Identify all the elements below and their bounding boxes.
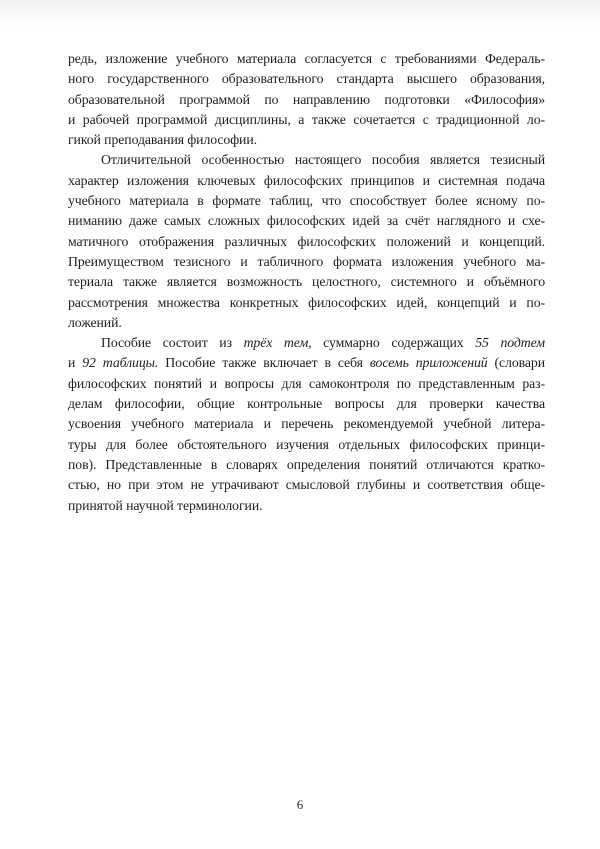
- text-segment: Отличительной особенностью настоящего по…: [101, 152, 545, 167]
- text-segment: характер изложения ключевых философских …: [68, 173, 545, 188]
- text-line: матичного отображения различных философс…: [68, 232, 545, 252]
- text-line: рассмотрения множества конкретных филосо…: [68, 293, 545, 313]
- italic-text-segment: 92 таблицы.: [82, 355, 158, 370]
- text-segment: стью, но при этом не утрачивают смыслово…: [68, 477, 545, 492]
- text-line: гикой преподавания философии.: [68, 130, 545, 150]
- italic-text-segment: восемь приложений: [370, 355, 488, 370]
- text-line: стью, но при этом не утрачивают смыслово…: [68, 475, 545, 495]
- text-line: редь, изложение учебного материала согла…: [68, 49, 545, 69]
- text-segment: усвоения учебного материала и перечень р…: [68, 416, 545, 431]
- italic-text-segment: 55 подтем: [475, 335, 545, 350]
- text-line: ниманию даже самых сложных философских и…: [68, 211, 545, 231]
- text-segment: ного государственного образовательного с…: [68, 71, 545, 86]
- italic-text-segment: трёх тем,: [244, 335, 312, 350]
- text-line: ного государственного образовательного с…: [68, 69, 545, 89]
- text-line: характер изложения ключевых философских …: [68, 171, 545, 191]
- text-segment: философских понятий и вопросы для самоко…: [68, 376, 545, 391]
- text-line: образовательной программой по направлени…: [68, 90, 545, 110]
- text-line: усвоения учебного материала и перечень р…: [68, 414, 545, 434]
- text-segment: образовательной программой по направлени…: [68, 92, 545, 107]
- text-segment: суммарно содержащих: [312, 335, 476, 350]
- text-line: Преимуществом тезисного и табличного фор…: [68, 252, 545, 272]
- text-line: териала также является возможность целос…: [68, 272, 545, 292]
- text-segment: учебного материала в формате таблиц, что…: [68, 193, 545, 208]
- page-top-scan-shade: [0, 0, 600, 32]
- page-text-block: редь, изложение учебного материала согла…: [68, 49, 545, 516]
- text-line: делам философии, общие контрольные вопро…: [68, 394, 545, 414]
- text-segment: ложений.: [68, 315, 122, 330]
- text-segment: пов). Представленные в словарях определе…: [68, 457, 545, 472]
- text-segment: матичного отображения различных философс…: [68, 234, 545, 249]
- text-segment: и рабочей программой дисциплины, а также…: [68, 112, 545, 127]
- text-line: философских понятий и вопросы для самоко…: [68, 374, 545, 394]
- text-segment: Пособие состоит из: [101, 335, 244, 350]
- text-segment: Преимуществом тезисного и табличного фор…: [68, 254, 545, 269]
- text-segment: рассмотрения множества конкретных филосо…: [68, 295, 545, 310]
- text-line: ложений.: [68, 313, 545, 333]
- text-line: Отличительной особенностью настоящего по…: [68, 150, 545, 170]
- text-line: учебного материала в формате таблиц, что…: [68, 191, 545, 211]
- text-line: туры для более обстоятельного изучения о…: [68, 435, 545, 455]
- text-line: Пособие состоит из трёх тем, суммарно со…: [68, 333, 545, 353]
- text-segment: делам философии, общие контрольные вопро…: [68, 396, 545, 411]
- text-segment: принятой научной терминологии.: [68, 498, 262, 513]
- text-line: принятой научной терминологии.: [68, 496, 545, 516]
- text-segment: териала также является возможность целос…: [68, 274, 545, 289]
- text-segment: редь, изложение учебного материала согла…: [68, 51, 545, 66]
- text-segment: ниманию даже самых сложных философских и…: [68, 213, 545, 228]
- text-segment: Пособие также включает в себя: [158, 355, 370, 370]
- text-line: и рабочей программой дисциплины, а также…: [68, 110, 545, 130]
- text-segment: гикой преподавания философии.: [68, 132, 257, 147]
- text-segment: туры для более обстоятельного изучения о…: [68, 437, 545, 452]
- text-line: пов). Представленные в словарях определе…: [68, 455, 545, 475]
- document-page: редь, изложение учебного материала согла…: [0, 0, 600, 849]
- page-number: 6: [0, 796, 600, 814]
- text-segment: (словари: [488, 355, 545, 370]
- text-segment: и: [68, 355, 82, 370]
- text-line: и 92 таблицы. Пособие также включает в с…: [68, 353, 545, 373]
